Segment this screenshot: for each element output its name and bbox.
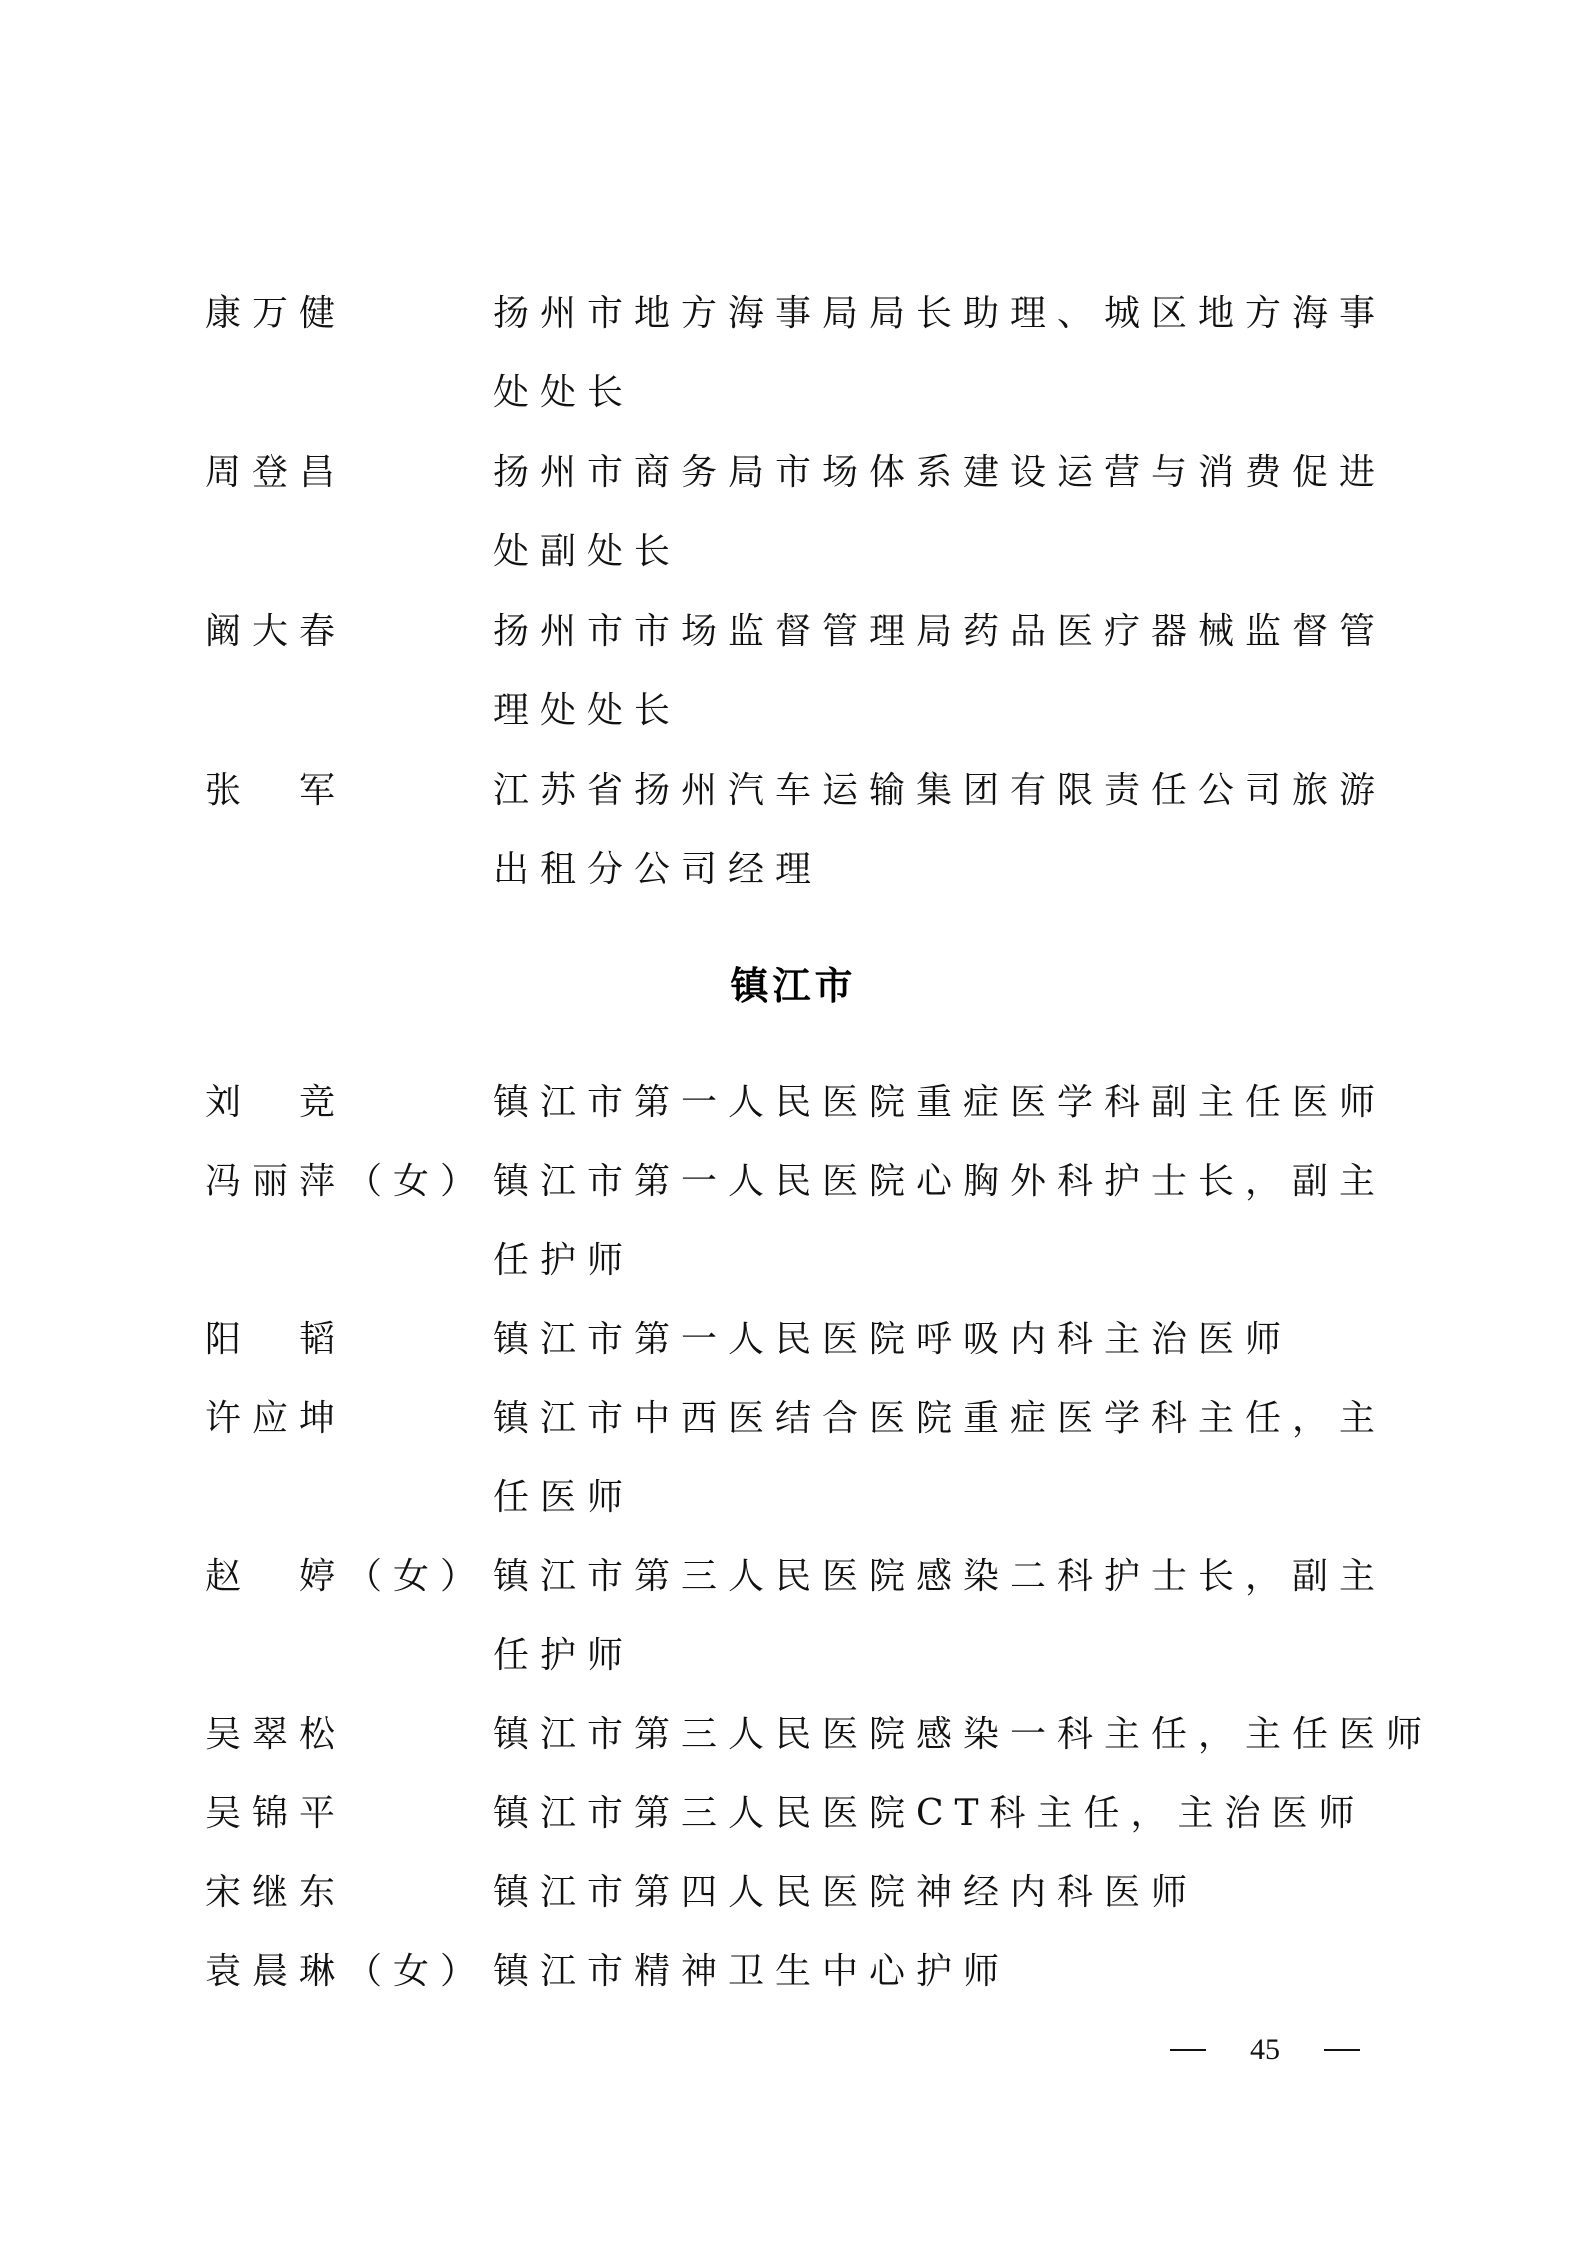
person-title-cont: 出租分公司经理 bbox=[493, 850, 822, 890]
person-name: 吴锦平 bbox=[205, 1794, 346, 1834]
person-title-cont: 处处长 bbox=[493, 373, 634, 413]
person-name: 周登昌 bbox=[205, 453, 346, 493]
person-title: 江苏省扬州汽车运输集团有限责任公司旅游 bbox=[493, 771, 1386, 811]
person-title: 镇江市第一人民医院呼吸内科主治医师 bbox=[493, 1320, 1292, 1360]
person-name: 赵 婷（女） bbox=[205, 1557, 487, 1597]
person-name: 许应坤 bbox=[205, 1399, 346, 1439]
document-page: 康万健 扬州市地方海事局局长助理、城区地方海事 处处长 周登昌 扬州市商务局市场… bbox=[0, 0, 1587, 2245]
person-title: 镇江市第一人民医院重症医学科副主任医师 bbox=[493, 1083, 1386, 1123]
person-name: 冯丽萍（女） bbox=[205, 1162, 487, 1202]
person-title: 扬州市市场监督管理局药品医疗器械监督管 bbox=[493, 612, 1386, 652]
person-title: 扬州市地方海事局局长助理、城区地方海事 bbox=[493, 294, 1386, 334]
person-title-cont: 任护师 bbox=[493, 1241, 634, 1281]
person-title-cont: 任医师 bbox=[493, 1478, 634, 1518]
person-title: 镇江市精神卫生中心护师 bbox=[493, 1952, 1010, 1992]
person-title-cont: 任护师 bbox=[493, 1636, 634, 1676]
person-title: 扬州市商务局市场体系建设运营与消费促进 bbox=[493, 453, 1386, 493]
person-name: 吴翠松 bbox=[205, 1715, 346, 1755]
page-number: 45 bbox=[1170, 2032, 1360, 2068]
person-name: 阳 韬 bbox=[205, 1320, 346, 1360]
dash-left bbox=[1170, 2049, 1206, 2051]
person-title: 镇江市第一人民医院心胸外科护士长，副主 bbox=[493, 1162, 1386, 1202]
dash-right bbox=[1324, 2049, 1360, 2051]
person-title-cont: 理处处长 bbox=[493, 691, 681, 731]
person-title: 镇江市第三人民医院感染一科主任，主任医师 bbox=[493, 1715, 1433, 1755]
person-name: 宋继东 bbox=[205, 1873, 346, 1913]
person-name: 刘 竞 bbox=[205, 1083, 346, 1123]
person-name: 袁晨琳（女） bbox=[205, 1952, 487, 1992]
person-name: 阚大春 bbox=[205, 612, 346, 652]
page-number-value: 45 bbox=[1250, 2032, 1280, 2068]
person-name: 康万健 bbox=[205, 294, 346, 334]
person-name: 张 军 bbox=[205, 771, 346, 811]
person-title: 镇江市第三人民医院CT科主任，主治医师 bbox=[493, 1794, 1366, 1834]
person-title: 镇江市第三人民医院感染二科护士长，副主 bbox=[493, 1557, 1386, 1597]
person-title: 镇江市第四人民医院神经内科医师 bbox=[493, 1873, 1198, 1913]
person-title: 镇江市中西医结合医院重症医学科主任，主 bbox=[493, 1399, 1386, 1439]
person-title-cont: 处副处长 bbox=[493, 532, 681, 572]
section-heading-zhenjiang: 镇江市 bbox=[0, 964, 1587, 1008]
